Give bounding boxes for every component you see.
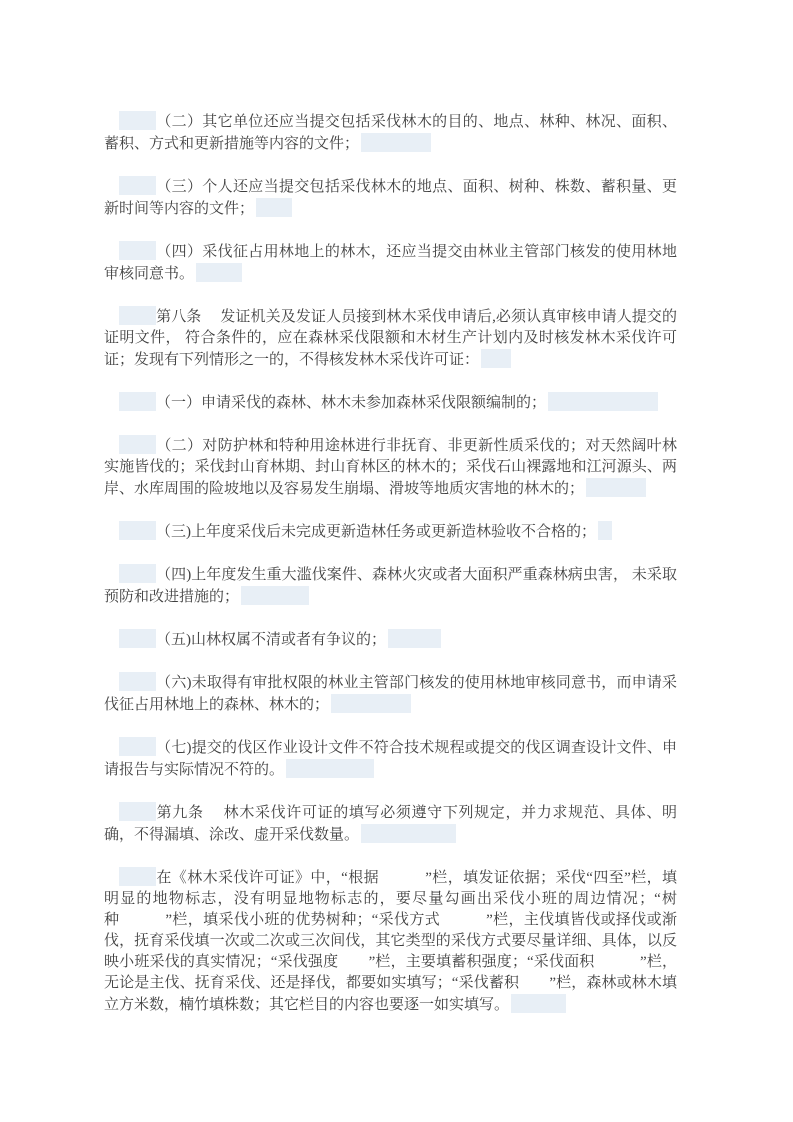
selection-highlight-lead xyxy=(119,306,156,325)
paragraph-text: （七)提交的伐区作业设计文件不符合技术规程或提交的伐区调查设计文件、申请报告与实… xyxy=(104,740,677,778)
selection-highlight-lead xyxy=(119,176,156,195)
selection-highlight-lead xyxy=(119,111,156,130)
selection-highlight-lead xyxy=(119,802,156,821)
selection-highlight-lead xyxy=(119,435,156,454)
selection-highlight-trail xyxy=(481,349,511,368)
selection-highlight-trail xyxy=(511,994,566,1013)
selection-highlight-lead xyxy=(119,564,156,583)
selection-highlight-trail xyxy=(331,694,411,713)
paragraph: 第八条 发证机关及发证人员接到林木采伐申请后,必须认真审核申请人提交的证明文件，… xyxy=(104,306,677,371)
paragraph-text: （五)山林权属不清或者有争议的； xyxy=(156,632,386,648)
selection-highlight-lead xyxy=(119,392,156,411)
paragraph-text: （三）个人还应当提交包括采伐林木的地点、面积、树种、株数、蓄积量、更新时间等内容… xyxy=(104,179,677,217)
paragraph: （三）个人还应当提交包括采伐林木的地点、面积、树种、株数、蓄积量、更新时间等内容… xyxy=(104,176,677,220)
selection-highlight-trail xyxy=(361,824,456,843)
paragraph-text: （四)上年度发生重大滥伐案件、森林火灾或者大面积严重森林病虫害， 未采取预防和改… xyxy=(104,567,677,605)
paragraph: （三)上年度采伐后未完成更新造林任务或更新造林验收不合格的； xyxy=(104,521,677,543)
paragraph: 在《林木采伐许可证》中，“根据 ”栏，填发证依据；采伐“四至”栏，填明显的地物标… xyxy=(104,867,677,1016)
selection-highlight-lead xyxy=(119,521,156,540)
paragraph: （四）采伐征占用林地上的林木，还应当提交由林业主管部门核发的使用林地审核同意书。 xyxy=(104,241,677,285)
selection-highlight-trail xyxy=(256,198,292,217)
selection-highlight-trail xyxy=(388,629,441,648)
paragraph: （二）其它单位还应当提交包括采伐林木的目的、地点、林种、林况、面积、蓄积、方式和… xyxy=(104,111,677,155)
selection-highlight-lead xyxy=(119,241,156,260)
paragraph: （四)上年度发生重大滥伐案件、森林火灾或者大面积严重森林病虫害， 未采取预防和改… xyxy=(104,564,677,608)
paragraph: （七)提交的伐区作业设计文件不符合技术规程或提交的伐区调查设计文件、申请报告与实… xyxy=(104,737,677,781)
paragraph: 第九条 林木采伐许可证的填写必须遵守下列规定，并力求规范、具体、明确，不得漏填、… xyxy=(104,802,677,846)
selection-highlight-trail xyxy=(286,759,374,778)
paragraph: （六)未取得有审批权限的林业主管部门核发的使用林地审核同意书，而申请采伐征占用林… xyxy=(104,672,677,716)
paragraph-text: （四）采伐征占用林地上的林木，还应当提交由林业主管部门核发的使用林地审核同意书。 xyxy=(104,244,677,282)
document-body: （二）其它单位还应当提交包括采伐林木的目的、地点、林种、林况、面积、蓄积、方式和… xyxy=(104,111,677,1016)
selection-highlight-lead xyxy=(119,672,156,691)
selection-highlight-lead xyxy=(119,737,156,756)
paragraph: （一）申请采伐的森林、林木未参加森林采伐限额编制的； xyxy=(104,392,677,414)
paragraph-text: （三)上年度采伐后未完成更新造林任务或更新造林验收不合格的； xyxy=(156,524,596,540)
selection-highlight-trail xyxy=(196,263,242,282)
selection-highlight-trail xyxy=(241,586,309,605)
selection-highlight-trail xyxy=(361,133,431,152)
paragraph-text: （一）申请采伐的森林、林木未参加森林采伐限额编制的； xyxy=(156,395,546,411)
paragraph-text: 第八条 发证机关及发证人员接到林木采伐申请后,必须认真审核申请人提交的证明文件，… xyxy=(104,309,677,368)
paragraph: （二）对防护林和特种用途林进行非抚育、非更新性质采伐的；对天然阔叶林实施皆伐的；… xyxy=(104,435,677,500)
selection-highlight-trail xyxy=(598,521,612,540)
selection-highlight-lead xyxy=(119,629,156,648)
selection-highlight-lead xyxy=(119,867,156,886)
paragraph: （五)山林权属不清或者有争议的； xyxy=(104,629,677,651)
selection-highlight-trail xyxy=(586,478,646,497)
paragraph-text: 在《林木采伐许可证》中，“根据 ”栏，填发证依据；采伐“四至”栏，填明显的地物标… xyxy=(104,870,677,1013)
selection-highlight-trail xyxy=(548,392,658,411)
